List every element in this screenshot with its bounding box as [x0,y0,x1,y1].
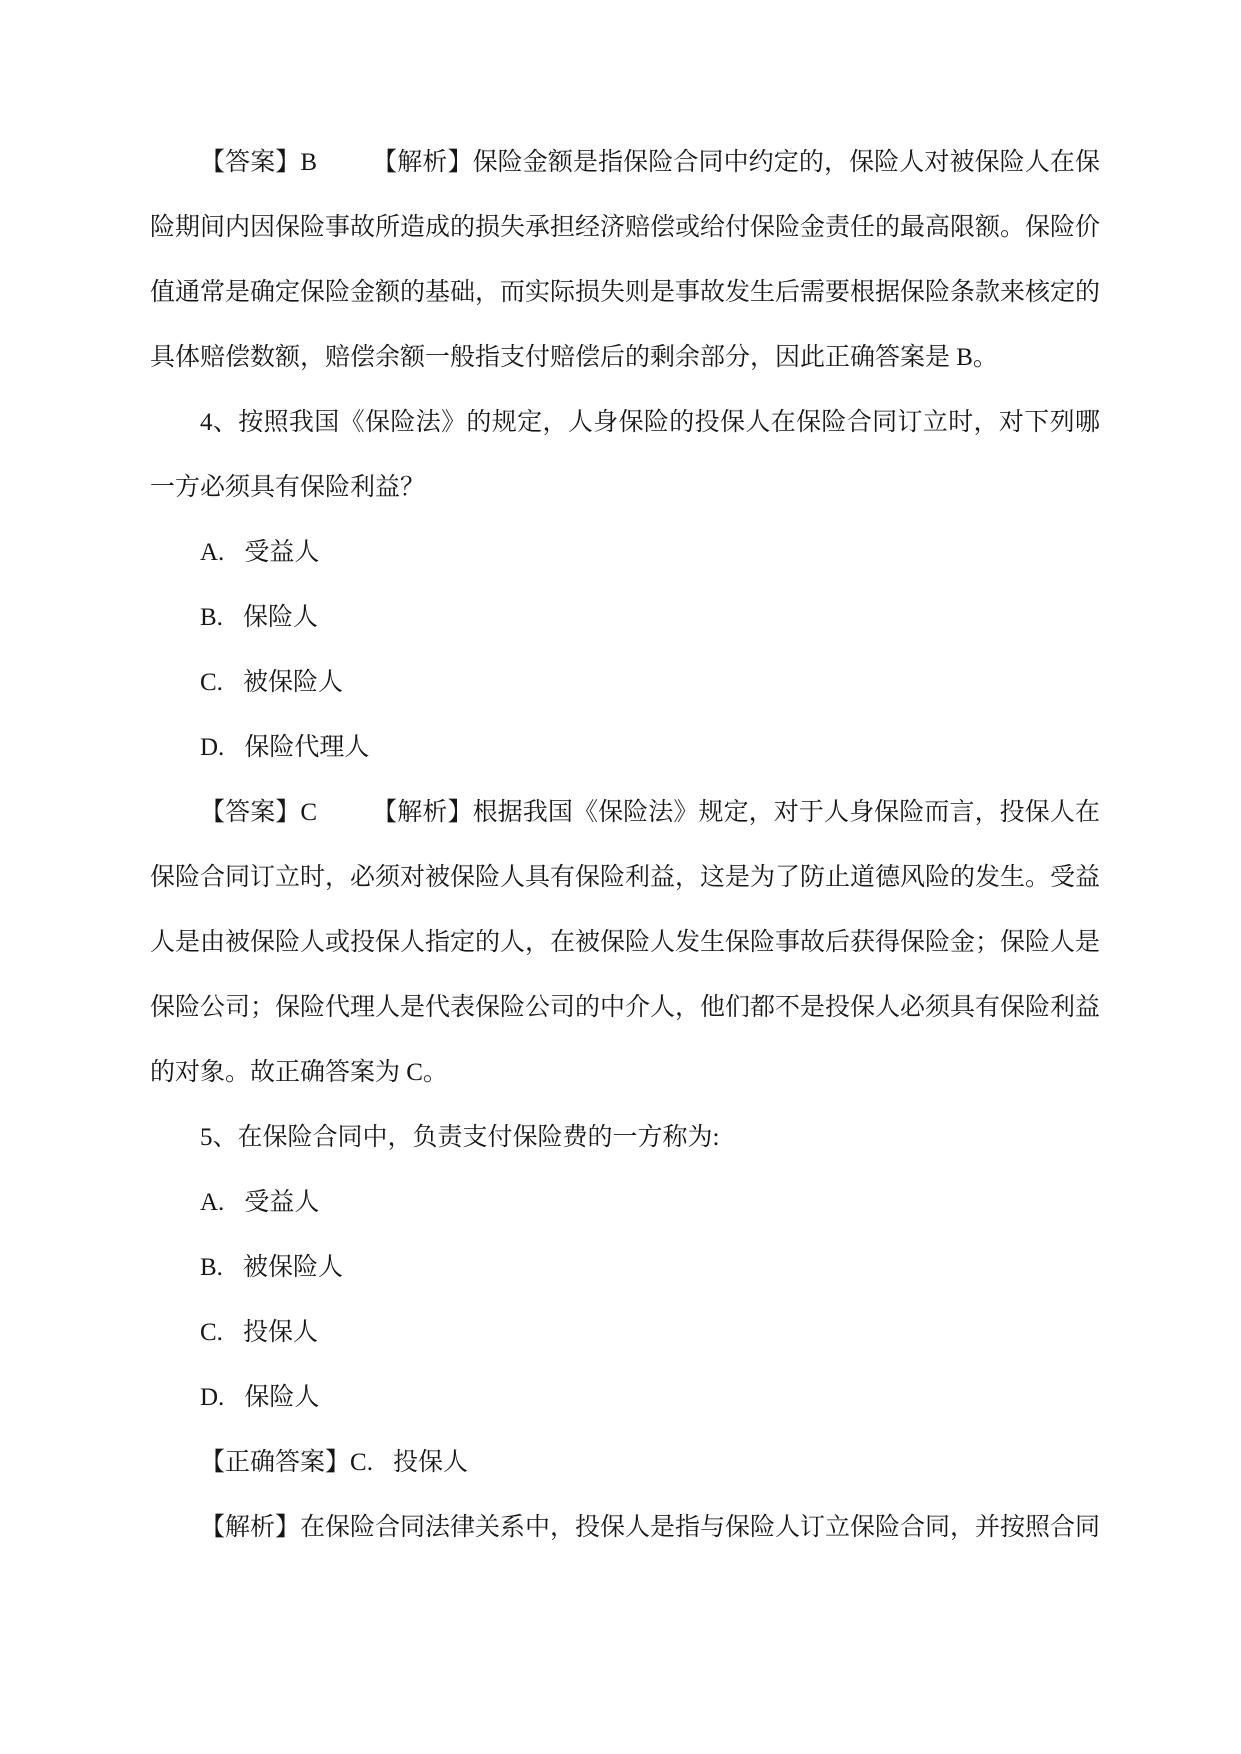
q3-analysis-text: 【解析】保险金额是指保险合同中约定的，保险人对被保险人在保险期间内因保险事故所造… [150,149,1100,371]
q4-option-d-text: 保险代理人 [244,734,369,761]
q4-option-a: A.受益人 [150,520,1100,585]
q5-option-c-text: 投保人 [243,1319,318,1346]
q4-option-c-label: C. [200,669,223,696]
q4-option-b-text: 保险人 [243,604,318,631]
q4-answer-line: 【答案】C【解析】根据我国《保险法》规定，对于人身保险而言，投保人在保险合同订立… [150,780,1100,1105]
q5-option-c: C.投保人 [150,1300,1100,1365]
q5-option-a: A.受益人 [150,1170,1100,1235]
q3-answer-line: 【答案】B【解析】保险金额是指保险合同中约定的，保险人对被保险人在保险期间内因保… [150,130,1100,390]
q5-option-b-text: 被保险人 [243,1254,343,1281]
q4-analysis-text: 【解析】根据我国《保险法》规定，对于人身保险而言，投保人在保险合同订立时，必须对… [150,799,1100,1086]
q4-option-d-label: D. [200,734,224,761]
q4-option-c: C.被保险人 [150,650,1100,715]
q5-option-a-text: 受益人 [244,1189,319,1216]
q5-question-text: 5、在保险合同中，负责支付保险费的一方称为: [150,1105,1100,1170]
q4-option-b: B.保险人 [150,585,1100,650]
q5-correct-answer-line: 【正确答案】C.投保人 [150,1430,1100,1495]
q3-answer-label: 【答案】B [200,149,317,176]
q5-option-d-label: D. [200,1384,224,1411]
q4-question-text: 4、按照我国《保险法》的规定，人身保险的投保人在保险合同订立时，对下列哪一方必须… [150,390,1100,520]
q5-correct-answer-label: 【正确答案】 [200,1449,350,1476]
q5-option-d: D.保险人 [150,1365,1100,1430]
q5-correct-answer-value: C. [350,1449,373,1476]
q4-option-b-label: B. [200,604,223,631]
q5-option-b-label: B. [200,1254,223,1281]
q4-option-a-label: A. [200,539,224,566]
q5-option-a-label: A. [200,1189,224,1216]
q4-option-d: D.保险代理人 [150,715,1100,780]
document-page: 【答案】B【解析】保险金额是指保险合同中约定的，保险人对被保险人在保险期间内因保… [0,0,1241,1754]
q4-option-c-text: 被保险人 [243,669,343,696]
q5-option-b: B.被保险人 [150,1235,1100,1300]
q5-correct-answer-text: 投保人 [393,1449,468,1476]
q5-analysis-text: 【解析】在保险合同法律关系中，投保人是指与保险人订立保险合同，并按照合同 [150,1495,1100,1560]
q4-answer-label: 【答案】C [200,799,317,826]
q5-option-c-label: C. [200,1319,223,1346]
q5-option-d-text: 保险人 [244,1384,319,1411]
q4-option-a-text: 受益人 [244,539,319,566]
